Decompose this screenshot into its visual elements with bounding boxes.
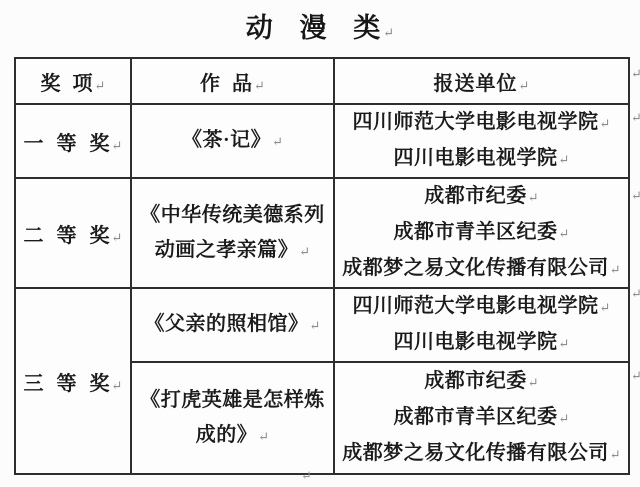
row-end-mark-icon: ↵ — [631, 188, 640, 204]
unit-name: 四川电影电视学院 — [394, 147, 558, 169]
paragraph-mark-icon: ↵ — [95, 78, 106, 93]
work-title-line: 《茶·记》↵ — [134, 123, 331, 159]
unit-line: 四川师范大学电影电视学院↵ — [337, 105, 626, 141]
header-award-label: 奖 项 — [41, 73, 94, 95]
header-work-label: 作 品 — [200, 73, 253, 95]
unit-name: 成都梦之易文化传播有限公司 — [342, 257, 609, 279]
unit-name: 成都市纪委 — [424, 185, 527, 207]
paragraph-mark-icon: ↵ — [600, 300, 611, 315]
header-unit-label: 报送单位 — [434, 73, 518, 95]
unit-line: 四川电影电视学院↵ — [337, 325, 626, 361]
unit-line: 成都梦之易文化传播有限公司↵ — [337, 436, 626, 472]
work-title: 《父亲的照相馆》 — [145, 313, 309, 335]
work-title-line: 成的》↵ — [134, 418, 331, 454]
paragraph-mark-icon: ↵ — [383, 25, 394, 40]
unit-cell: 四川师范大学电影电视学院↵ 四川电影电视学院↵ — [334, 288, 629, 362]
unit-cell: 四川师范大学电影电视学院↵ 四川电影电视学院↵ — [334, 104, 629, 178]
header-unit: 报送单位↵ — [334, 58, 629, 104]
table-row: 三 等 奖↵ 《父亲的照相馆》↵ 四川师范大学电影电视学院↵ 四川电影电视学院↵ — [15, 288, 629, 362]
unit-line: 四川电影电视学院↵ — [337, 141, 626, 177]
unit-cell: 成都市纪委↵ 成都市青羊区纪委↵ 成都梦之易文化传播有限公司↵ — [334, 178, 629, 288]
award-label: 二 等 奖 — [24, 225, 111, 247]
work-cell: 《打虎英雄是怎样炼 成的》↵ — [131, 362, 334, 474]
paragraph-mark-icon: ↵ — [528, 375, 539, 390]
paragraph-mark-icon: ↵ — [254, 78, 265, 93]
paragraph-mark-icon: ↵ — [310, 318, 321, 333]
unit-name: 四川师范大学电影电视学院 — [353, 111, 599, 133]
paragraph-mark-icon: ↵ — [559, 411, 570, 426]
unit-name: 成都梦之易文化传播有限公司 — [342, 442, 609, 464]
table-row: 二 等 奖↵ 《中华传统美德系列 动画之孝亲篇》↵ 成都市纪委↵ 成都市青羊区纪… — [15, 178, 629, 288]
award-label: 三 等 奖 — [24, 373, 111, 395]
paragraph-mark-icon: ↵ — [299, 244, 310, 259]
work-title-line: 动画之孝亲篇》↵ — [134, 233, 331, 269]
paragraph-mark-icon: ↵ — [610, 262, 621, 277]
paragraph-mark-icon: ↵ — [600, 116, 611, 131]
paragraph-mark-icon: ↵ — [528, 190, 539, 205]
award-cell-third-prize: 三 等 奖↵ — [15, 288, 131, 474]
work-title: 动画之孝亲篇》 — [155, 239, 299, 261]
unit-line: 成都市青羊区纪委↵ — [337, 400, 626, 436]
unit-name: 成都市纪委 — [424, 370, 527, 392]
work-title-line: 《父亲的照相馆》↵ — [134, 307, 331, 343]
work-title: 成的》 — [196, 424, 258, 446]
unit-line: 四川师范大学电影电视学院↵ — [337, 289, 626, 325]
paragraph-mark-icon: ↵ — [610, 447, 621, 462]
work-title: 《茶·记》 — [182, 129, 271, 151]
table-row: 一 等 奖↵ 《茶·记》↵ 四川师范大学电影电视学院↵ 四川电影电视学院↵ — [15, 104, 629, 178]
work-cell: 《中华传统美德系列 动画之孝亲篇》↵ — [131, 178, 334, 288]
paragraph-mark-icon: ↵ — [112, 378, 123, 393]
unit-name: 成都市青羊区纪委 — [394, 406, 558, 428]
paragraph-mark-icon: ↵ — [559, 152, 570, 167]
award-table: 奖 项↵ 作 品↵ 报送单位↵ 一 等 奖↵ 《茶·记》↵ 四川师范大学电影电视… — [14, 57, 630, 475]
paragraph-mark-icon: ↵ — [301, 468, 312, 484]
paragraph-mark-icon: ↵ — [258, 429, 269, 444]
work-title-line: 《中华传统美德系列 — [134, 198, 331, 233]
paragraph-mark-icon: ↵ — [559, 226, 570, 241]
work-title: 《打虎英雄是怎样炼 — [140, 389, 325, 411]
row-end-mark-icon: ↵ — [631, 368, 640, 384]
award-cell-second-prize: 二 等 奖↵ — [15, 178, 131, 288]
paragraph-mark-icon: ↵ — [112, 138, 123, 153]
work-cell: 《父亲的照相馆》↵ — [131, 288, 334, 362]
table-header-row: 奖 项↵ 作 品↵ 报送单位↵ — [15, 58, 629, 104]
row-end-mark-icon: ↵ — [631, 110, 640, 126]
award-label: 一 等 奖 — [24, 133, 111, 155]
unit-line: 成都市青羊区纪委↵ — [337, 215, 626, 251]
work-cell: 《茶·记》↵ — [131, 104, 334, 178]
work-title: 《中华传统美德系列 — [140, 204, 325, 226]
unit-line: 成都梦之易文化传播有限公司↵ — [337, 251, 626, 287]
header-work: 作 品↵ — [131, 58, 334, 104]
document-page: 动 漫 类↵ 奖 项↵ 作 品↵ 报送单位↵ 一 等 奖↵ 《茶·记》↵ 四川师… — [0, 0, 640, 487]
work-title-line: 《打虎英雄是怎样炼 — [134, 383, 331, 418]
row-end-mark-icon: ↵ — [631, 286, 640, 302]
paragraph-mark-icon: ↵ — [559, 336, 570, 351]
header-award: 奖 项↵ — [15, 58, 131, 104]
unit-line: 成都市纪委↵ — [337, 364, 626, 400]
unit-name: 成都市青羊区纪委 — [394, 221, 558, 243]
row-end-mark-icon: ↵ — [631, 66, 640, 82]
unit-name: 四川电影电视学院 — [394, 331, 558, 353]
unit-line: 成都市纪委↵ — [337, 179, 626, 215]
award-cell-first-prize: 一 等 奖↵ — [15, 104, 131, 178]
paragraph-mark-icon: ↵ — [112, 230, 123, 245]
unit-cell: 成都市纪委↵ 成都市青羊区纪委↵ 成都梦之易文化传播有限公司↵ — [334, 362, 629, 474]
page-title-text: 动 漫 类 — [246, 13, 383, 43]
page-title: 动 漫 类↵ — [0, 10, 640, 46]
unit-name: 四川师范大学电影电视学院 — [353, 295, 599, 317]
paragraph-mark-icon: ↵ — [519, 78, 530, 93]
paragraph-mark-icon: ↵ — [272, 134, 283, 149]
